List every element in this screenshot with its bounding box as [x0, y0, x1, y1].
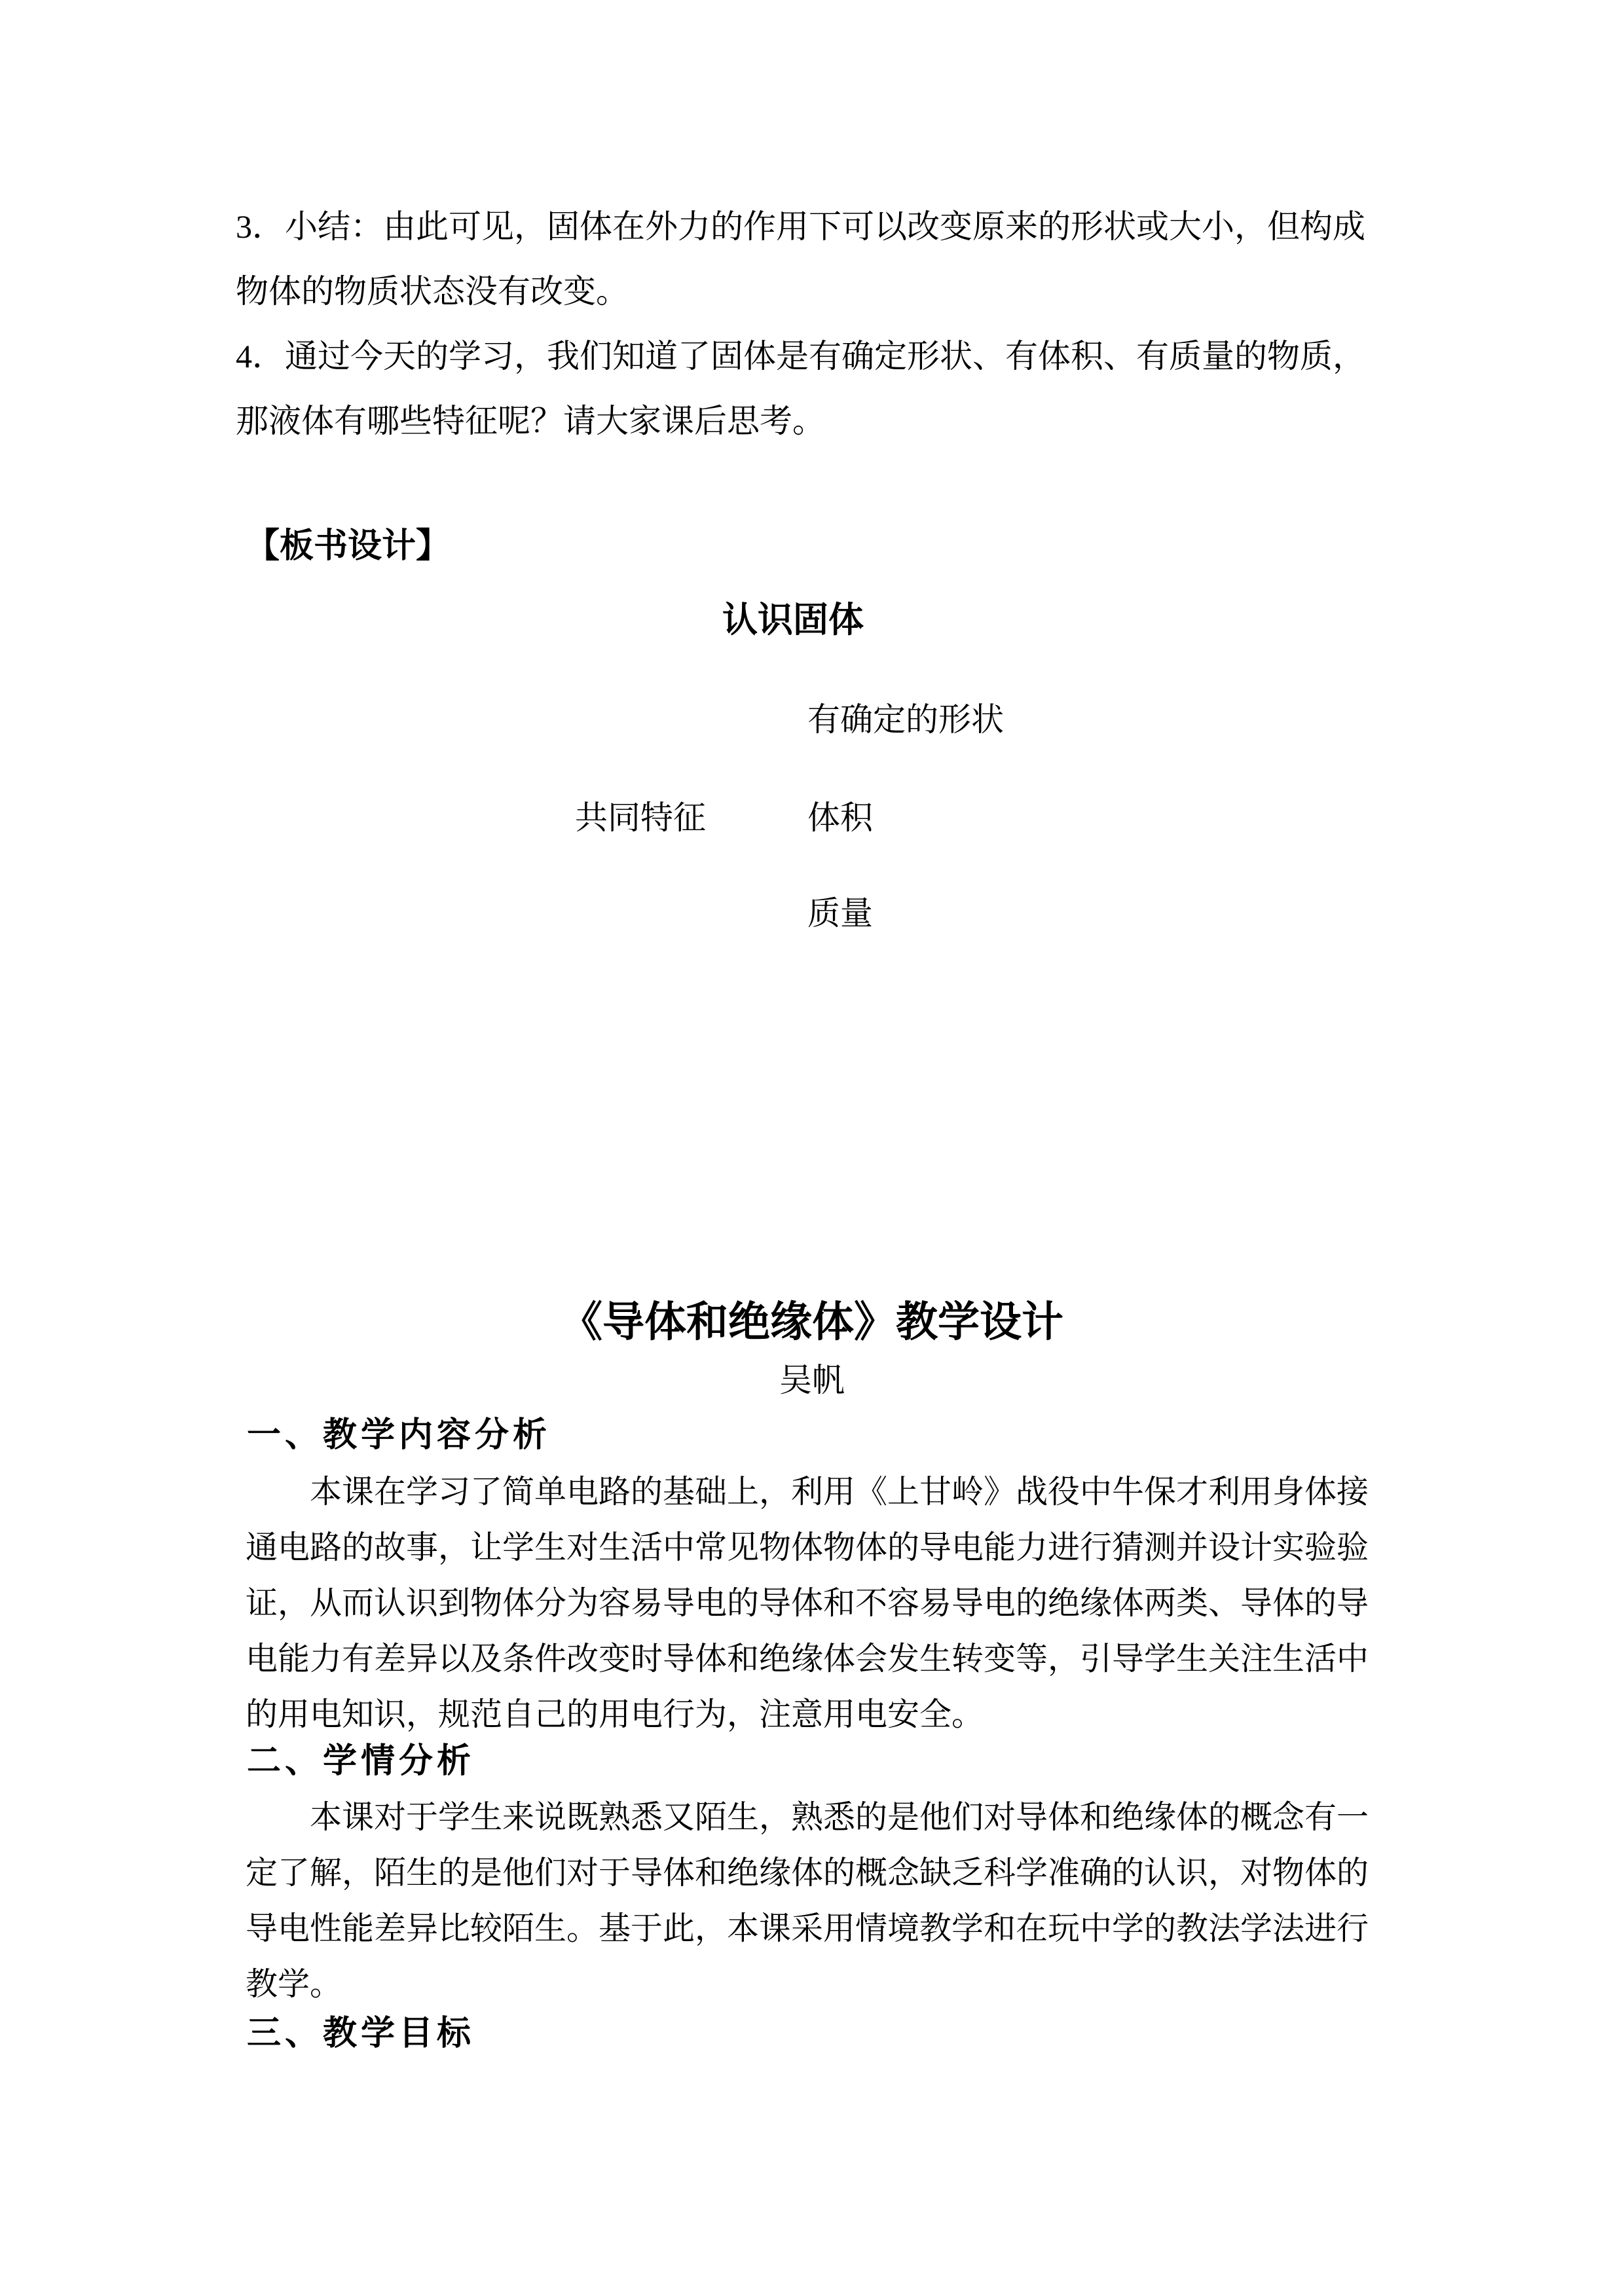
board-feature-volume: 体积	[807, 786, 873, 850]
text-line: 教学。	[246, 1956, 1372, 2012]
text-line: 3．小结：由此可见，固体在外力的作用下可以改变原来的形状或大小，但构成	[236, 194, 1375, 259]
board-title: 认识固体	[722, 588, 864, 653]
text-line: 证，从而认识到物体分为容易导电的导体和不容易导电的绝缘体两类、导体的导	[246, 1575, 1372, 1631]
text-line: 那液体有哪些特征呢？请大家课后思考。	[236, 389, 1375, 454]
heading-content-analysis: 一、教学内容分析	[247, 1408, 551, 1463]
text-line: 本课对于学生来说既熟悉又陌生，熟悉的是他们对导体和绝缘体的概念有一	[246, 1789, 1372, 1845]
lesson-summary-paragraph: 3．小结：由此可见，固体在外力的作用下可以改变原来的形状或大小，但构成 物体的物…	[236, 194, 1375, 454]
board-design-label: 【板书设计】	[246, 514, 450, 579]
board-feature-mass: 质量	[807, 881, 873, 946]
board-feature-shape: 有确定的形状	[807, 687, 1004, 752]
heading-learner-analysis: 二、学情分析	[247, 1734, 475, 1789]
document-page: 3．小结：由此可见，固体在外力的作用下可以改变原来的形状或大小，但构成 物体的物…	[0, 0, 1624, 2296]
heading-teaching-goals: 三、教学目标	[247, 2006, 475, 2062]
paragraph-learner-analysis: 本课对于学生来说既熟悉又陌生，熟悉的是他们对导体和绝缘体的概念有一 定了解，陌生…	[246, 1789, 1372, 2012]
text-line: 导电性能差异比较陌生。基于此，本课采用情境教学和在玩中学的教法学法进行	[246, 1901, 1372, 1956]
text-line: 物体的物质状态没有改变。	[236, 259, 1375, 324]
board-common-features-label: 共同特征	[575, 786, 706, 850]
text-line: 定了解，陌生的是他们对于导体和绝缘体的概念缺乏科学准确的认识，对物体的	[246, 1845, 1372, 1901]
document-title: 《导体和绝缘体》教学设计	[0, 1294, 1624, 1350]
text-line: 电能力有差异以及条件改变时导体和绝缘体会发生转变等，引导学生关注生活中	[246, 1631, 1372, 1686]
text-line: 本课在学习了简单电路的基础上，利用《上甘岭》战役中牛保才利用身体接	[246, 1464, 1372, 1520]
text-line: 4．通过今天的学习，我们知道了固体是有确定形状、有体积、有质量的物质，	[236, 324, 1375, 389]
paragraph-content-analysis: 本课在学习了简单电路的基础上，利用《上甘岭》战役中牛保才利用身体接 通电路的故事…	[246, 1464, 1372, 1742]
author-name: 吴帆	[0, 1353, 1624, 1408]
text-line: 通电路的故事，让学生对生活中常见物体物体的导电能力进行猜测并设计实验验	[246, 1520, 1372, 1575]
